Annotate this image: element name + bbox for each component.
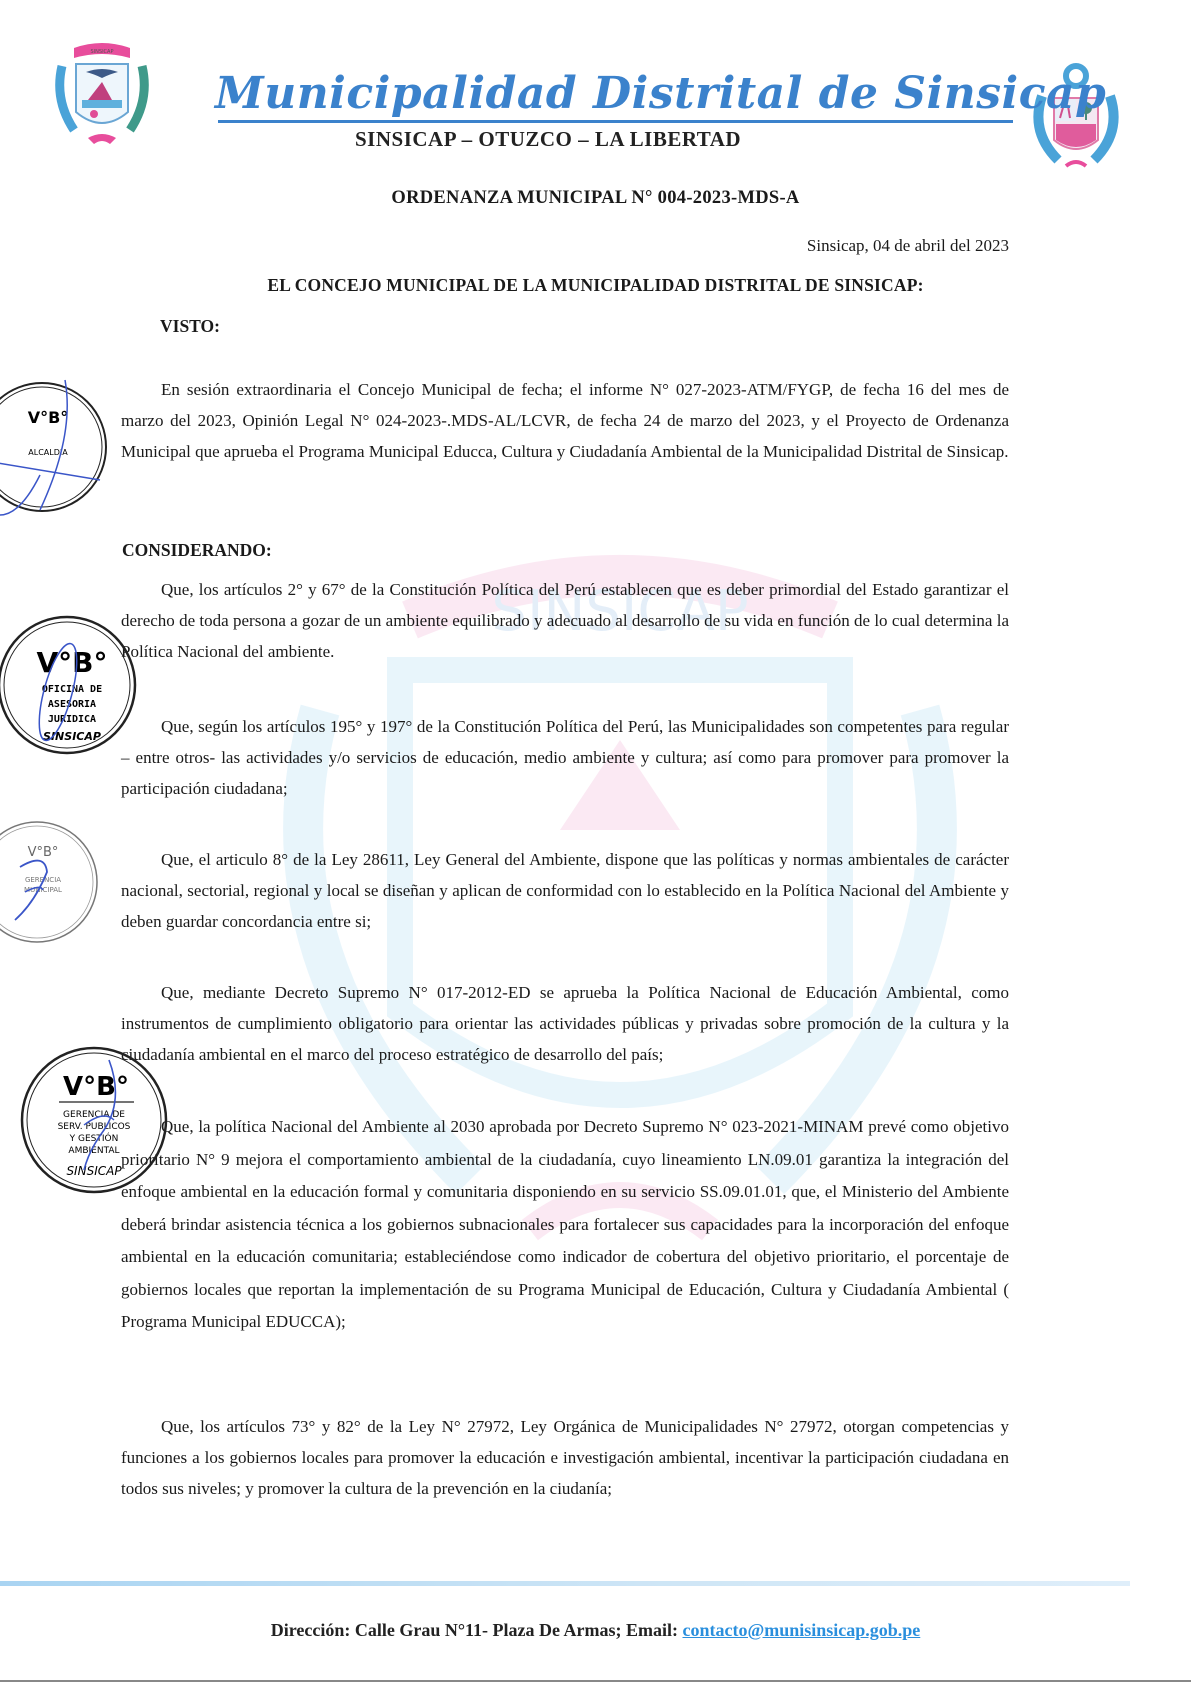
document-page: SINSICAP SINSICAP Municipalidad Distrita… [0,0,1191,1684]
document-title: ORDENANZA MUNICIPAL N° 004-2023-MDS-A [0,188,1191,209]
approval-stamp-alcaldia-icon: V°B° ALCALDIA [0,375,115,520]
considerando-paragraph-4: Que, mediante Decreto Supremo N° 017-201… [121,977,1009,1070]
title-underline [218,120,1013,123]
institution-title: Municipalidad Distrital de Sinsicap [215,68,1015,120]
svg-text:V°B°: V°B° [28,845,59,860]
considerando-paragraph-2: Que, según los artículos 195° y 197° de … [121,711,1009,804]
considerando-paragraph-1: Que, los artículos 2° y 67° de la Consti… [121,574,1009,667]
considerando-paragraph-3: Que, el articulo 8° de la Ley 28611, Ley… [121,844,1009,937]
approval-stamp-gerencia-servicios-icon: V°B° GERENCIA DE SERV. PUBLICOS Y GESTIÓ… [14,1040,174,1200]
document-date: Sinsicap, 04 de abril del 2023 [807,236,1009,256]
institution-location: SINSICAP – OTUZCO – LA LIBERTAD [355,127,741,152]
svg-text:V°B°: V°B° [63,1072,129,1102]
visto-paragraph: En sesión extraordinaria el Concejo Muni… [121,374,1009,467]
svg-text:SINSICAP: SINSICAP [66,1164,122,1178]
page-bottom-edge [0,1680,1191,1682]
considerando-paragraph-6: Que, los artículos 73° y 82° de la Ley N… [121,1411,1009,1504]
svg-text:AMBIENTAL: AMBIENTAL [68,1146,119,1156]
footer-divider [0,1581,1130,1586]
svg-text:SERV. PUBLICOS: SERV. PUBLICOS [58,1122,131,1132]
approval-stamp-gerencia-municipal-icon: V°B° GERENCIA MUNICIPAL [0,812,105,952]
svg-text:V°B°: V°B° [28,408,69,427]
approval-stamp-asesoria-juridica-icon: V°B° OFICINA DE ASESORIA JURIDICA SINSIC… [0,610,142,760]
svg-text:JURIDICA: JURIDICA [48,714,96,725]
footer-contact: Dirección: Calle Grau N°11- Plaza De Arm… [0,1620,1191,1641]
svg-text:Y GESTIÓN: Y GESTIÓN [69,1132,119,1144]
svg-text:V°B°: V°B° [36,646,107,679]
council-heading: EL CONCEJO MUNICIPAL DE LA MUNICIPALIDAD… [0,275,1191,296]
considerando-heading: CONSIDERANDO: [122,540,272,561]
svg-text:SINSICAP: SINSICAP [91,49,114,55]
district-coat-of-arms-icon: SINSICAP [52,38,152,150]
footer-address: Dirección: Calle Grau N°11- Plaza De Arm… [271,1620,683,1640]
footer-email-link[interactable]: contacto@munisinsicap.gob.pe [683,1620,921,1640]
visto-heading: VISTO: [160,316,220,337]
svg-text:ASESORIA: ASESORIA [48,699,96,710]
svg-text:SINSICAP: SINSICAP [43,730,101,743]
considerando-paragraph-5: Que, la política Nacional del Ambiente a… [121,1111,1009,1339]
